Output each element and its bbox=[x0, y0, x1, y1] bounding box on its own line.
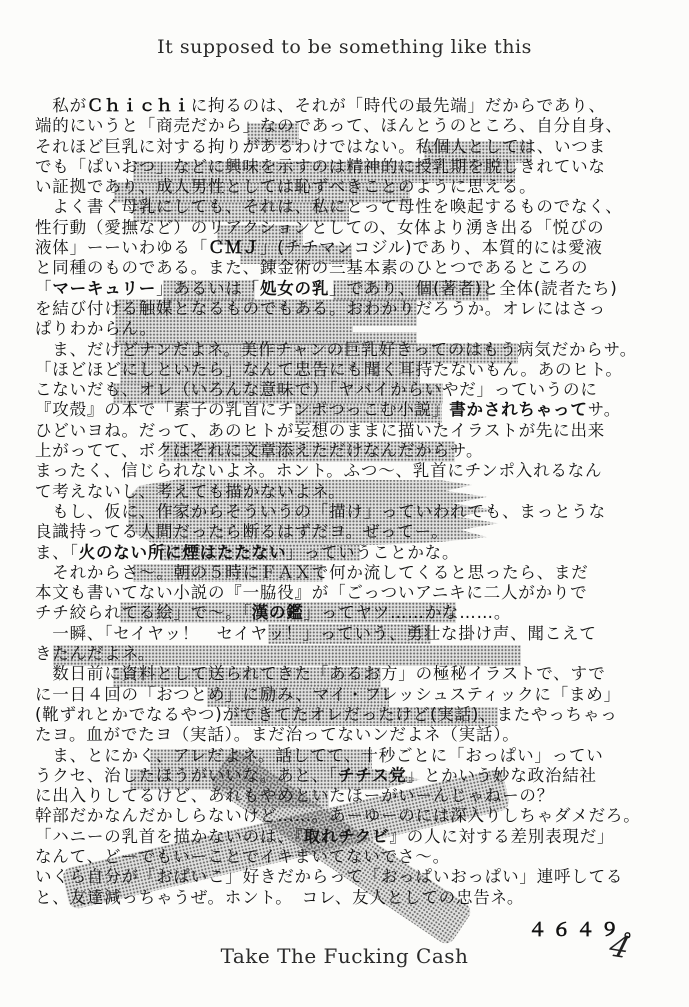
text-line: 幹部だかなんだかしらないけど……。あーゆーのには深入りしちゃダメだろ。 bbox=[35, 806, 667, 826]
text-line: でも「ぱいおつ」などに興味を示すのは精神的に授乳期を脱しきれていな bbox=[35, 157, 667, 177]
text-line: もし、仮に、作家からそういうの「描け」っていわれても、まっとうな bbox=[35, 502, 667, 522]
text-line: ま、「火のない所に煙はたたない」っていうことかな。 bbox=[35, 543, 667, 563]
text-line: ぱりわからん。 bbox=[35, 319, 667, 339]
text-line: それほど巨乳に対する拘りがあるわけではない。私個人としては、いつま bbox=[35, 137, 667, 157]
text-line: それからさ～。朝の５時にＦＡＸで何か流してくると思ったら、まだ bbox=[35, 563, 667, 583]
text-line: (靴ずれとかでなるやつ)ができてたオレだったけど(実話)、またやっちゃっ bbox=[35, 705, 667, 725]
text-line: 本文も書いてない小説の『一脇役』が「ごっついアニキに二人がかりで bbox=[35, 583, 667, 603]
footer-title: Take The Fucking Cash bbox=[0, 944, 689, 968]
text-line: に出入りしてるけど、あれもやめといたほーがいーんじゃねーの？ bbox=[35, 786, 667, 806]
text-line: い証拠であり、成人男性としては恥ずべきことのように思える。 bbox=[35, 177, 667, 197]
text-line: ひどいヨね。だって、あのヒトが妄想のままに描いたイラストが先に出来 bbox=[35, 421, 667, 441]
document-page: It supposed to be something like this 私が… bbox=[0, 0, 689, 1007]
text-line: て考えないし、考えても描かないよネ。 bbox=[35, 482, 667, 502]
text-line: 「マーキュリー」あるいは「処女の乳」であり、個(著者)と全体(読者たち) bbox=[35, 279, 667, 299]
text-line: いくら自分が「おぱいこ」好きだからって「おっぱいおっぱい」連呼してる bbox=[35, 867, 667, 887]
text-line: 液体」ーーいわゆる「ＣＭＪ」(チチマンコジル)であり、本質的には愛液 bbox=[35, 238, 667, 258]
text-line: なんて、どーでもいーことでイキまいてないでさ～。 bbox=[35, 847, 667, 867]
text-line: 良識持ってる人間だったら断るはずだヨ。ぜってー。 bbox=[35, 522, 667, 542]
text-line: きたんだよネ。 bbox=[35, 644, 667, 664]
text-line: ま、だけどナンだよネ。美作チャンの巨乳好きってのはもう病気だからサ。 bbox=[35, 340, 667, 360]
text-line: 数日前に資料として送られてきた「あるお方」の極秘イラストで、すで bbox=[35, 664, 667, 684]
text-line: 「ほどほどにしといたら」なんて忠告にも聞く耳持たないもん。あのヒト。 bbox=[35, 360, 667, 380]
text-line: 「ハニーの乳首を描かないのは、『取れチクビ』の人に対する差別表現だ」 bbox=[35, 827, 667, 847]
text-line: うクセ、治したほうがいいな。あと、「チチス党」とかいう妙な政治結社 bbox=[35, 766, 667, 786]
header-title: It supposed to be something like this bbox=[0, 36, 689, 58]
text-line: よく書く母乳にしても、それは、私にとって母性を喚起するものでなく、 bbox=[35, 197, 667, 217]
text-line: に一日４回の「おつとめ」に励み、マイ・フレッシュスティックに「まめ」 bbox=[35, 685, 667, 705]
body-text: 私がＣｈｉｃｈｉに拘るのは、それが「時代の最先端」だからであり、端的にいうと「商… bbox=[35, 96, 667, 908]
text-line: 『攻殻』の本で「素子の乳首にチンポつっこむ小説」書かされちゃってサ。 bbox=[35, 400, 667, 420]
text-line: たヨ。血がでたヨ（実話）。まだ治ってないンだよネ（実話）。 bbox=[35, 725, 667, 745]
text-line: こないだも、オレ（いろんな意味で）「ヤバイからいやだ」っていうのに bbox=[35, 380, 667, 400]
text-line: を結び付ける触媒となるものでもある。おわかりだろうか。オレにはさっ bbox=[35, 299, 667, 319]
text-line: 性行動（愛撫など）のリアクションとしての、女体より湧き出る「悦びの bbox=[35, 218, 667, 238]
text-line: と同種のものである。また、錬金術の三基本素のひとつであるところの bbox=[35, 258, 667, 278]
text-line: 私がＣｈｉｃｈｉに拘るのは、それが「時代の最先端」だからであり、 bbox=[35, 96, 667, 116]
text-line: チチ絞られてる絵」で～。「漢の鑑」ってヤツ……かな……。 bbox=[35, 603, 667, 623]
text-line: と、友達減っちゃうぜ。ホント。 コレ、友人としての忠告ネ。 bbox=[35, 888, 667, 908]
text-line: まったく、信じられないよネ。ホント。ふつ～、乳首にチンポ入れるなん bbox=[35, 461, 667, 481]
text-line: 一瞬、「セイヤッ！ セイヤッ！」っていう、勇壮な掛け声、聞こえて bbox=[35, 624, 667, 644]
text-line: 上がってて、ボクはそれに文章添えただけなんだからサ。 bbox=[35, 441, 667, 461]
text-line: 端的にいうと「商売だから」なのであって、ほんとうのところ、自分自身、 bbox=[35, 116, 667, 136]
text-line: ま、とにかく、アレだよネ。話してて、十秒ごとに「おっぱい」ってい bbox=[35, 746, 667, 766]
